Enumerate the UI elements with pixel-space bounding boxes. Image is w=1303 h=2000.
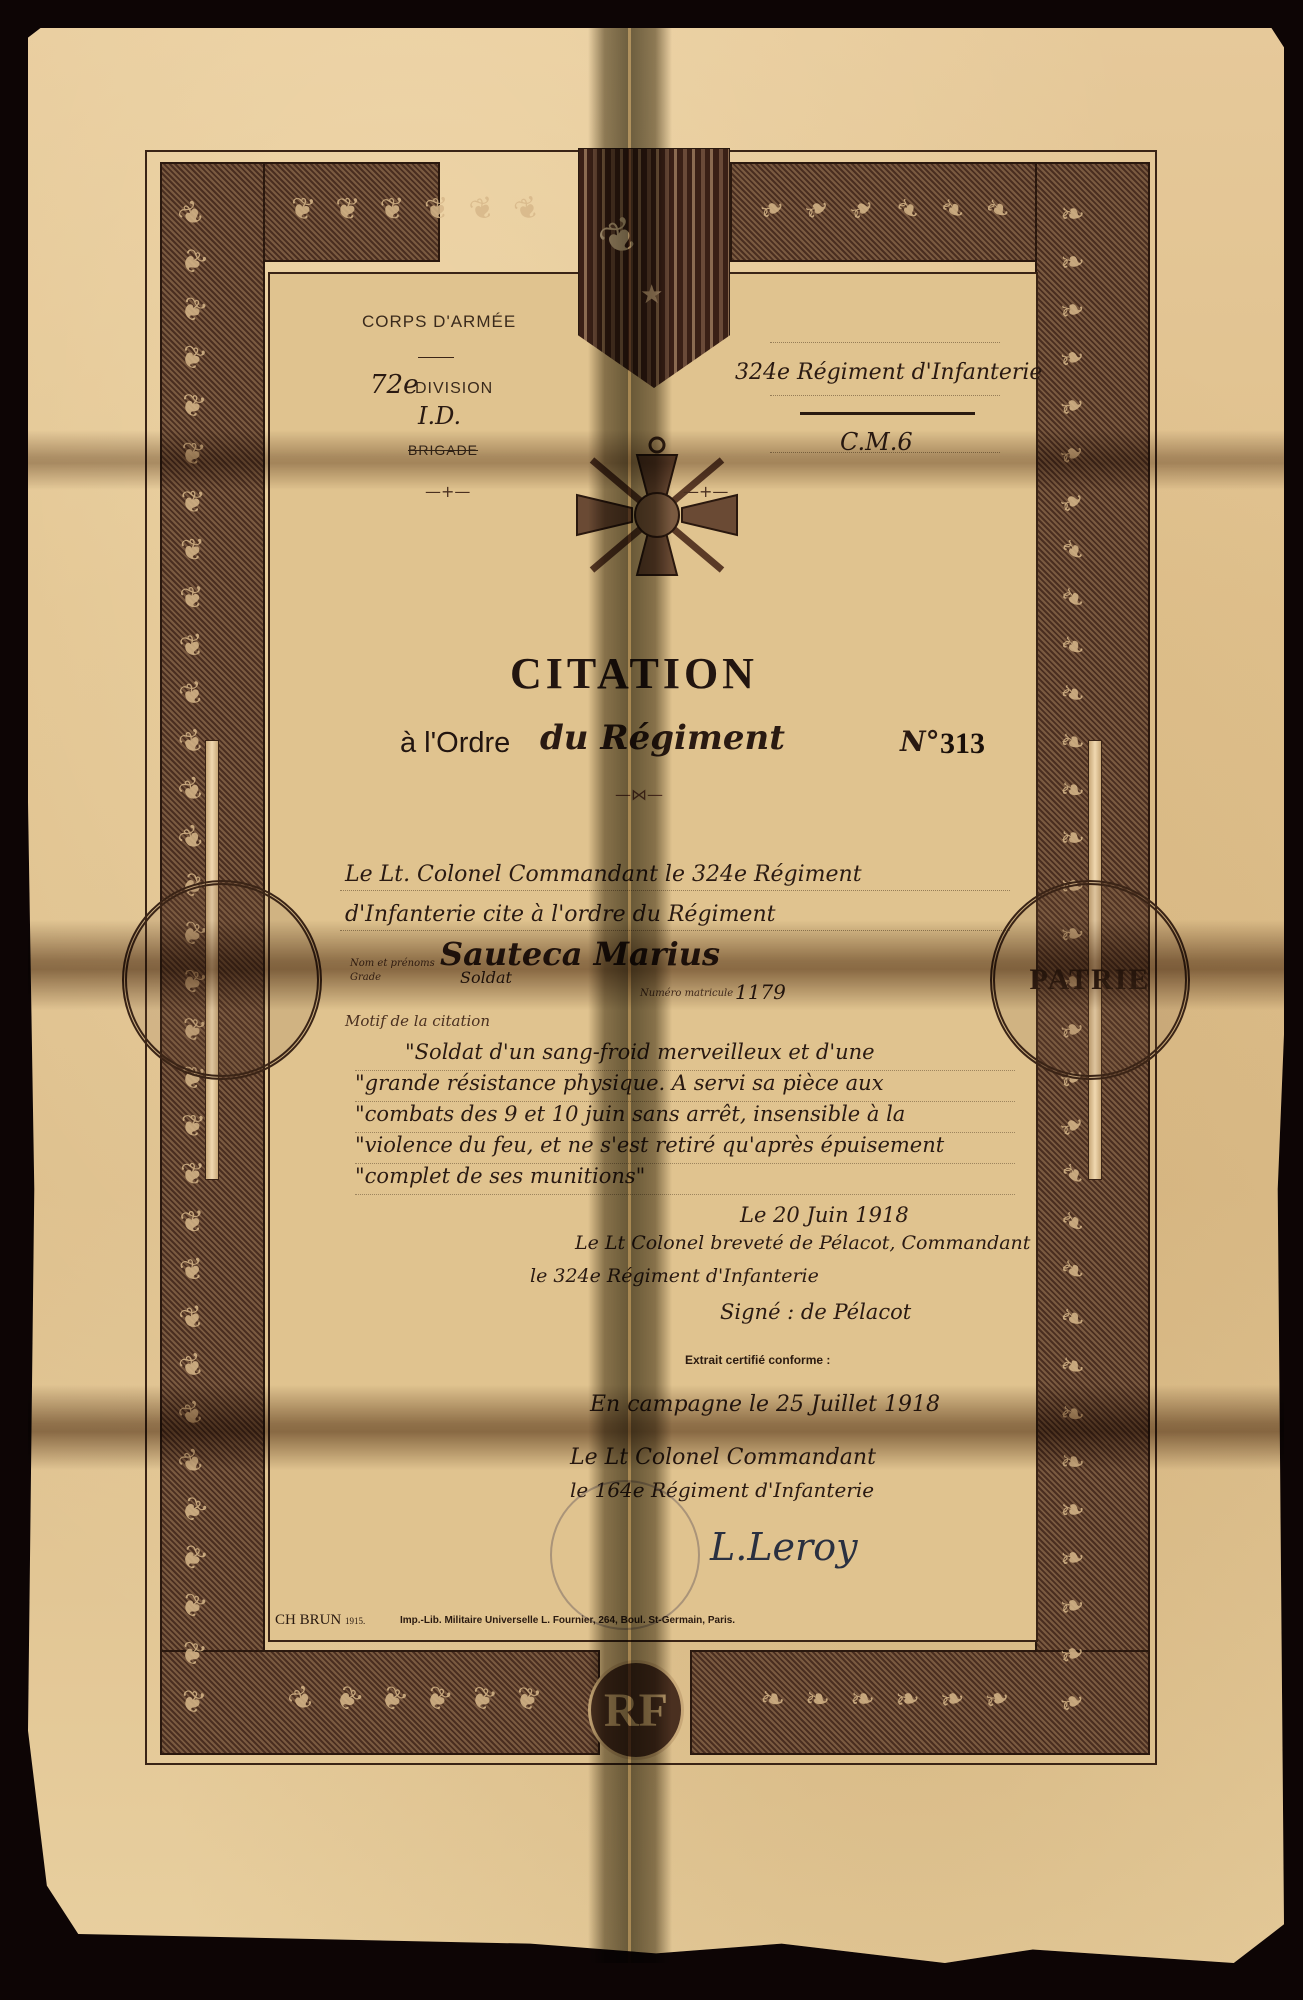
- printer-imprint: Imp.-Lib. Militaire Universelle L. Fourn…: [400, 1615, 735, 1626]
- citation-number: 313: [940, 727, 985, 761]
- leaf-icon: ❦: [179, 1207, 207, 1239]
- dotted-line: [770, 342, 1000, 343]
- number-label: N°: [900, 725, 940, 758]
- subtitle-printed: à l'Ordre: [400, 727, 510, 760]
- signed-line: Signé : de Pélacot: [720, 1300, 911, 1324]
- corps-darmee-label: CORPS D'ARMÉE: [362, 312, 516, 332]
- motif-label: Motif de la citation: [345, 1012, 490, 1030]
- leaf-icon: ❦: [334, 195, 360, 226]
- certification-label: Extrait certifié conforme :: [685, 1353, 830, 1367]
- leaf-icon: ❦: [288, 193, 317, 226]
- motif-line: "combats des 9 et 10 juin sans arrêt, in…: [355, 1102, 1015, 1133]
- regiment-handwritten: 324e Régiment d'Infanterie: [735, 360, 1042, 385]
- divider: [418, 357, 454, 358]
- leaf-icon: ❧: [1059, 199, 1086, 230]
- motif-line: "complet de ses munitions": [355, 1164, 1015, 1195]
- leaf-icon: ❧: [1058, 246, 1088, 280]
- leaf-icon: ❧: [1057, 1542, 1087, 1576]
- artist-name: CH BRUN: [275, 1612, 341, 1628]
- vertical-fold-stain: [588, 28, 672, 1963]
- thick-divider: [800, 412, 975, 415]
- leaf-icon: ❦: [180, 1160, 205, 1190]
- leaf-icon: ❧: [849, 1684, 876, 1715]
- leaf-icon: ❦: [179, 487, 206, 519]
- leaf-icon: ❧: [893, 1683, 923, 1717]
- leaf-icon: ❦: [179, 1111, 207, 1143]
- artist-year: 1915.: [345, 1616, 365, 1626]
- motif-line: "violence du feu, et ne s'est retiré qu'…: [355, 1133, 1015, 1164]
- dotted-line: [340, 890, 1010, 891]
- division-number-handwritten: 72e: [370, 370, 418, 400]
- leaf-icon: ❧: [1059, 775, 1087, 807]
- citation-date: Le 20 Juin 1918: [740, 1203, 909, 1227]
- motif-line: "grande résistance physique. A servi sa …: [355, 1071, 1015, 1102]
- dotted-line: [770, 395, 1000, 396]
- leaf-icon: ❦: [179, 536, 205, 567]
- motif-line: "Soldat d'un sang-froid merveilleux et d…: [355, 1040, 1015, 1071]
- officer-signature: L.Leroy: [710, 1525, 858, 1569]
- leaf-icon: ❦: [178, 582, 207, 615]
- leaf-icon: ❧: [804, 1684, 831, 1715]
- artist-credit: CH BRUN 1915.: [275, 1612, 365, 1629]
- division-label: DIVISION: [415, 380, 493, 398]
- signer-line-2: le 324e Régiment d'Infanterie: [530, 1265, 819, 1287]
- leaf-icon: ❧: [758, 1683, 788, 1717]
- leaf-icon: ❦: [423, 193, 453, 227]
- motif-text: "Soldat d'un sang-froid merveilleux et d…: [355, 1040, 1015, 1195]
- infantry-division-handwritten: I.D.: [418, 402, 461, 430]
- leaf-icon: ❧: [1060, 824, 1086, 854]
- leaf-icon: ❦: [379, 194, 406, 226]
- leaf-icon: ❧: [1059, 1495, 1087, 1527]
